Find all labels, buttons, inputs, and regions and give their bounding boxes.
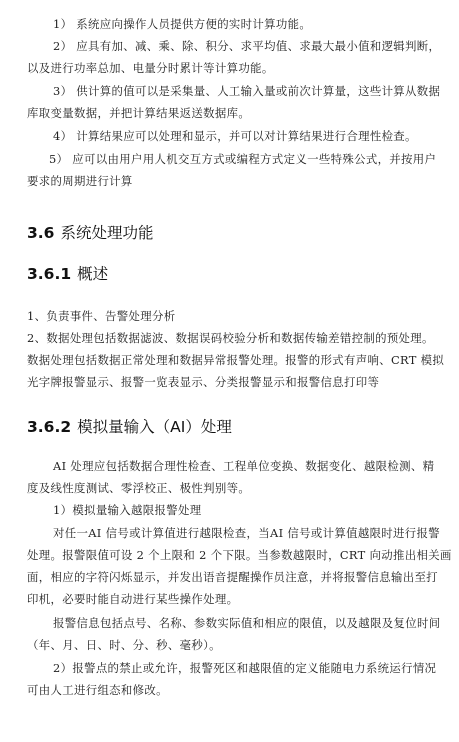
calc-item-1: 1） 系统应向操作人员提供方便的实时计算功能。 [27, 13, 437, 35]
heading-3-6: 3.6系统处理功能 [27, 223, 153, 243]
alarm-info-paragraph: 报警信息包括点号、名称、参数实际值和相应的限值，以及越限及复位时间 （年、月、日… [27, 612, 437, 656]
calc-item-4: 4） 计算结果应可以处理和显示，并可以对计算结果进行合理性检查。 [27, 125, 437, 147]
overview-item-2: 2、数据处理包括数据滤波、数据误码校验分析和数据传输差错控制的预处理。 数据处理… [27, 327, 437, 393]
calc-item-5: 5） 应可以由用户用人机交互方式或编程方式定义一些特殊公式，并按用户 要求的周期… [27, 148, 437, 192]
calc-item-3: 3） 供计算的值可以是采集量、人工输入量或前次计算量，这些计算从数据 库取变量数… [27, 80, 437, 124]
heading-3-6-1: 3.6.1概述 [27, 264, 108, 284]
ai-intro-paragraph: AI 处理应包括数据合理性检查、工程单位变换、数据变化、越限检测、精 度及线性度… [27, 455, 437, 499]
alarm-config-paragraph: 2）报警点的禁止或允许，报警死区和越限值的定义能随电力系统运行情况 可由人工进行… [27, 657, 437, 701]
heading-3-6-2: 3.6.2模拟量输入（AI）处理 [27, 417, 232, 437]
calc-item-2: 2） 应具有加、减、乘、除、积分、求平均值、求最大最小值和逻辑判断， 以及进行功… [27, 35, 437, 79]
ai-limit-check-paragraph: 对任一AI 信号或计算值进行越限检查，当AI 信号或计算值越限时进行报警 处理。… [27, 522, 437, 610]
overview-item-1: 1、负责事件、告警处理分析 [27, 305, 437, 327]
ai-subheading-1: 1）模拟量输入越限报警处理 [27, 499, 437, 521]
